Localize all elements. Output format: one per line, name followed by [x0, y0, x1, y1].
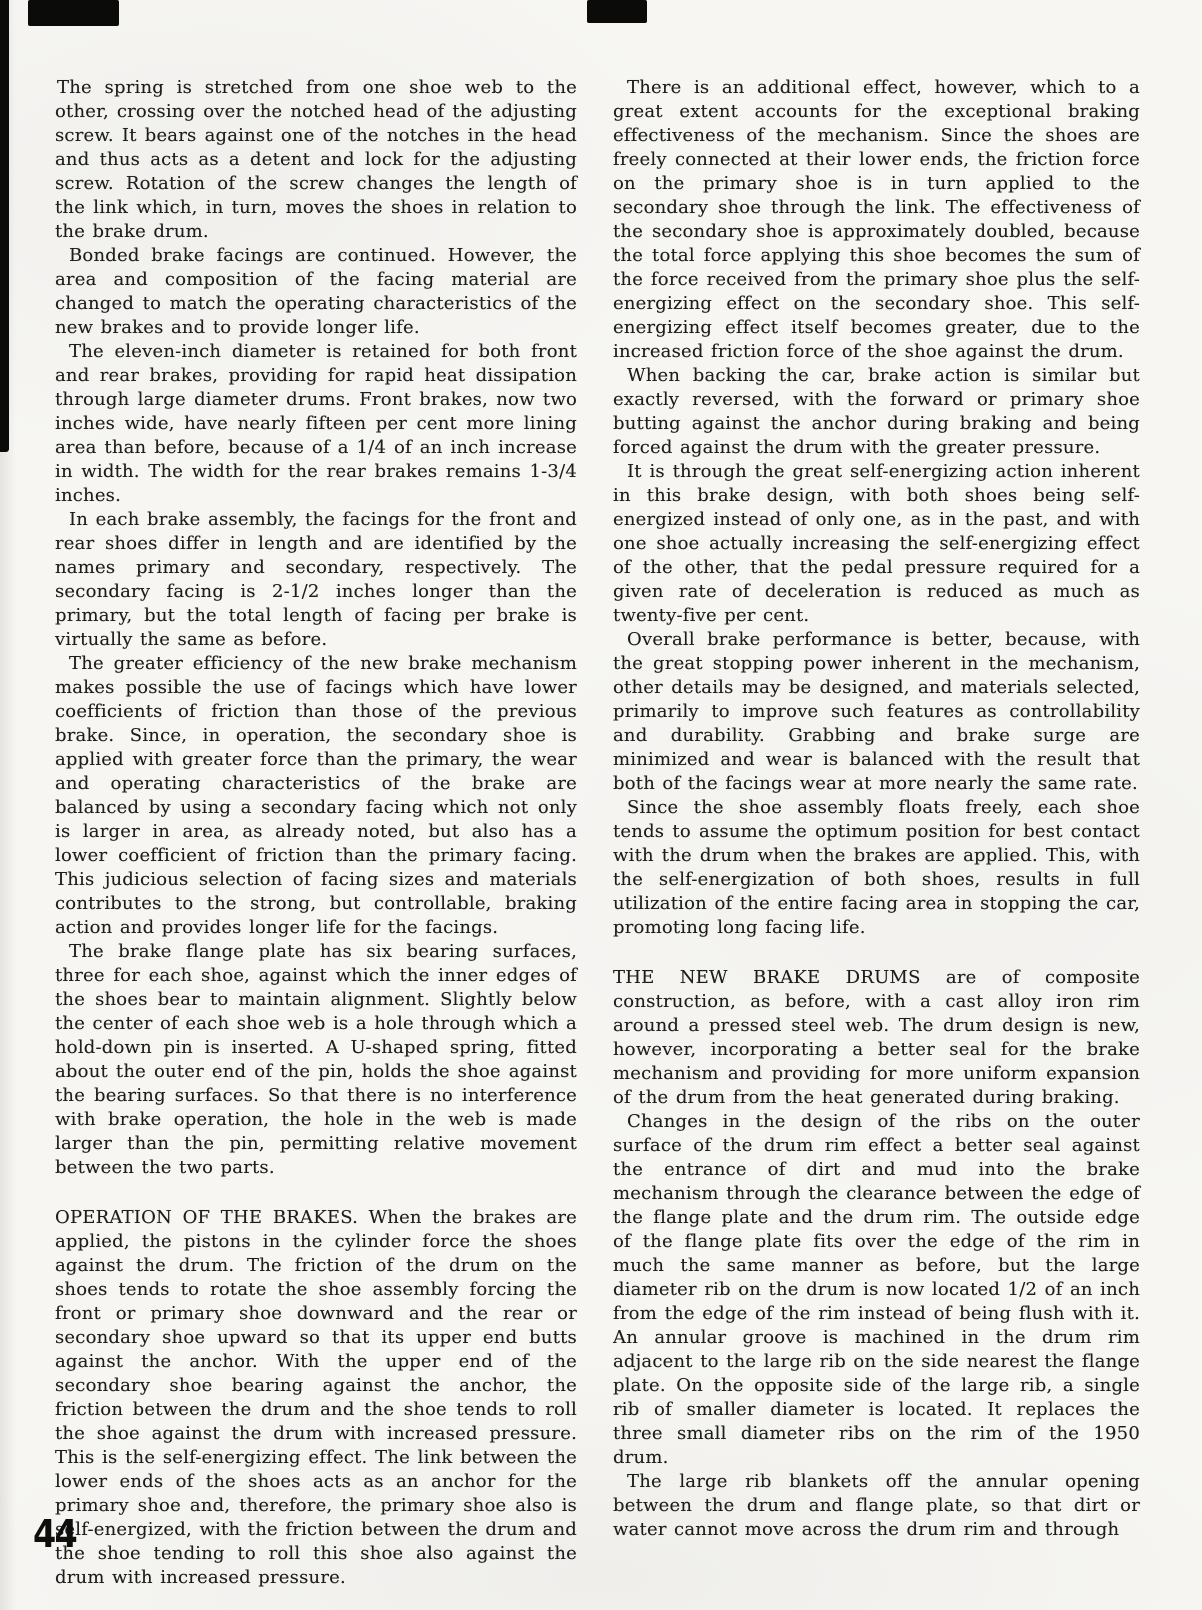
- paragraph-backing-the-car: When backing the car, brake action is si…: [613, 364, 1140, 460]
- right-column: There is an additional effect, however, …: [613, 76, 1140, 1542]
- section-operation-of-the-brakes: OPERATION OF THE BRAKES. When the brakes…: [55, 1206, 577, 1590]
- paragraph-flange-plate: The brake flange plate has six bearing s…: [55, 940, 577, 1180]
- section-new-brake-drums: THE NEW BRAKE DRUMS are of composite con…: [613, 966, 1140, 1110]
- paragraph-rib-design-changes: Changes in the design of the ribs on the…: [613, 1110, 1140, 1470]
- paragraph-self-energizing-action: It is through the great self-energizing …: [613, 460, 1140, 628]
- paragraph-shoe-assembly-floats: Since the shoe assembly floats freely, e…: [613, 796, 1140, 940]
- paragraph-spring-adjusting-screw: The spring is stretched from one shoe we…: [55, 76, 577, 244]
- left-column: The spring is stretched from one shoe we…: [55, 76, 577, 1590]
- paragraph-primary-secondary: In each brake assembly, the facings for …: [55, 508, 577, 652]
- page-number: 44: [33, 1512, 76, 1556]
- scan-artifact-top-center: [587, 0, 647, 23]
- scan-artifact-top-left: [28, 0, 119, 26]
- paragraph-bonded-facings: Bonded brake facings are continued. Howe…: [55, 244, 577, 340]
- paragraph-additional-effect: There is an additional effect, however, …: [613, 76, 1140, 364]
- paragraph-facing-efficiency: The greater efficiency of the new brake …: [55, 652, 577, 940]
- paragraph-large-rib-blankets: The large rib blankets off the annular o…: [613, 1470, 1140, 1542]
- paragraph-overall-performance: Overall brake performance is better, bec…: [613, 628, 1140, 796]
- paragraph-eleven-inch-diameter: The eleven-inch diameter is retained for…: [55, 340, 577, 508]
- scan-artifact-left-edge: [0, 0, 9, 452]
